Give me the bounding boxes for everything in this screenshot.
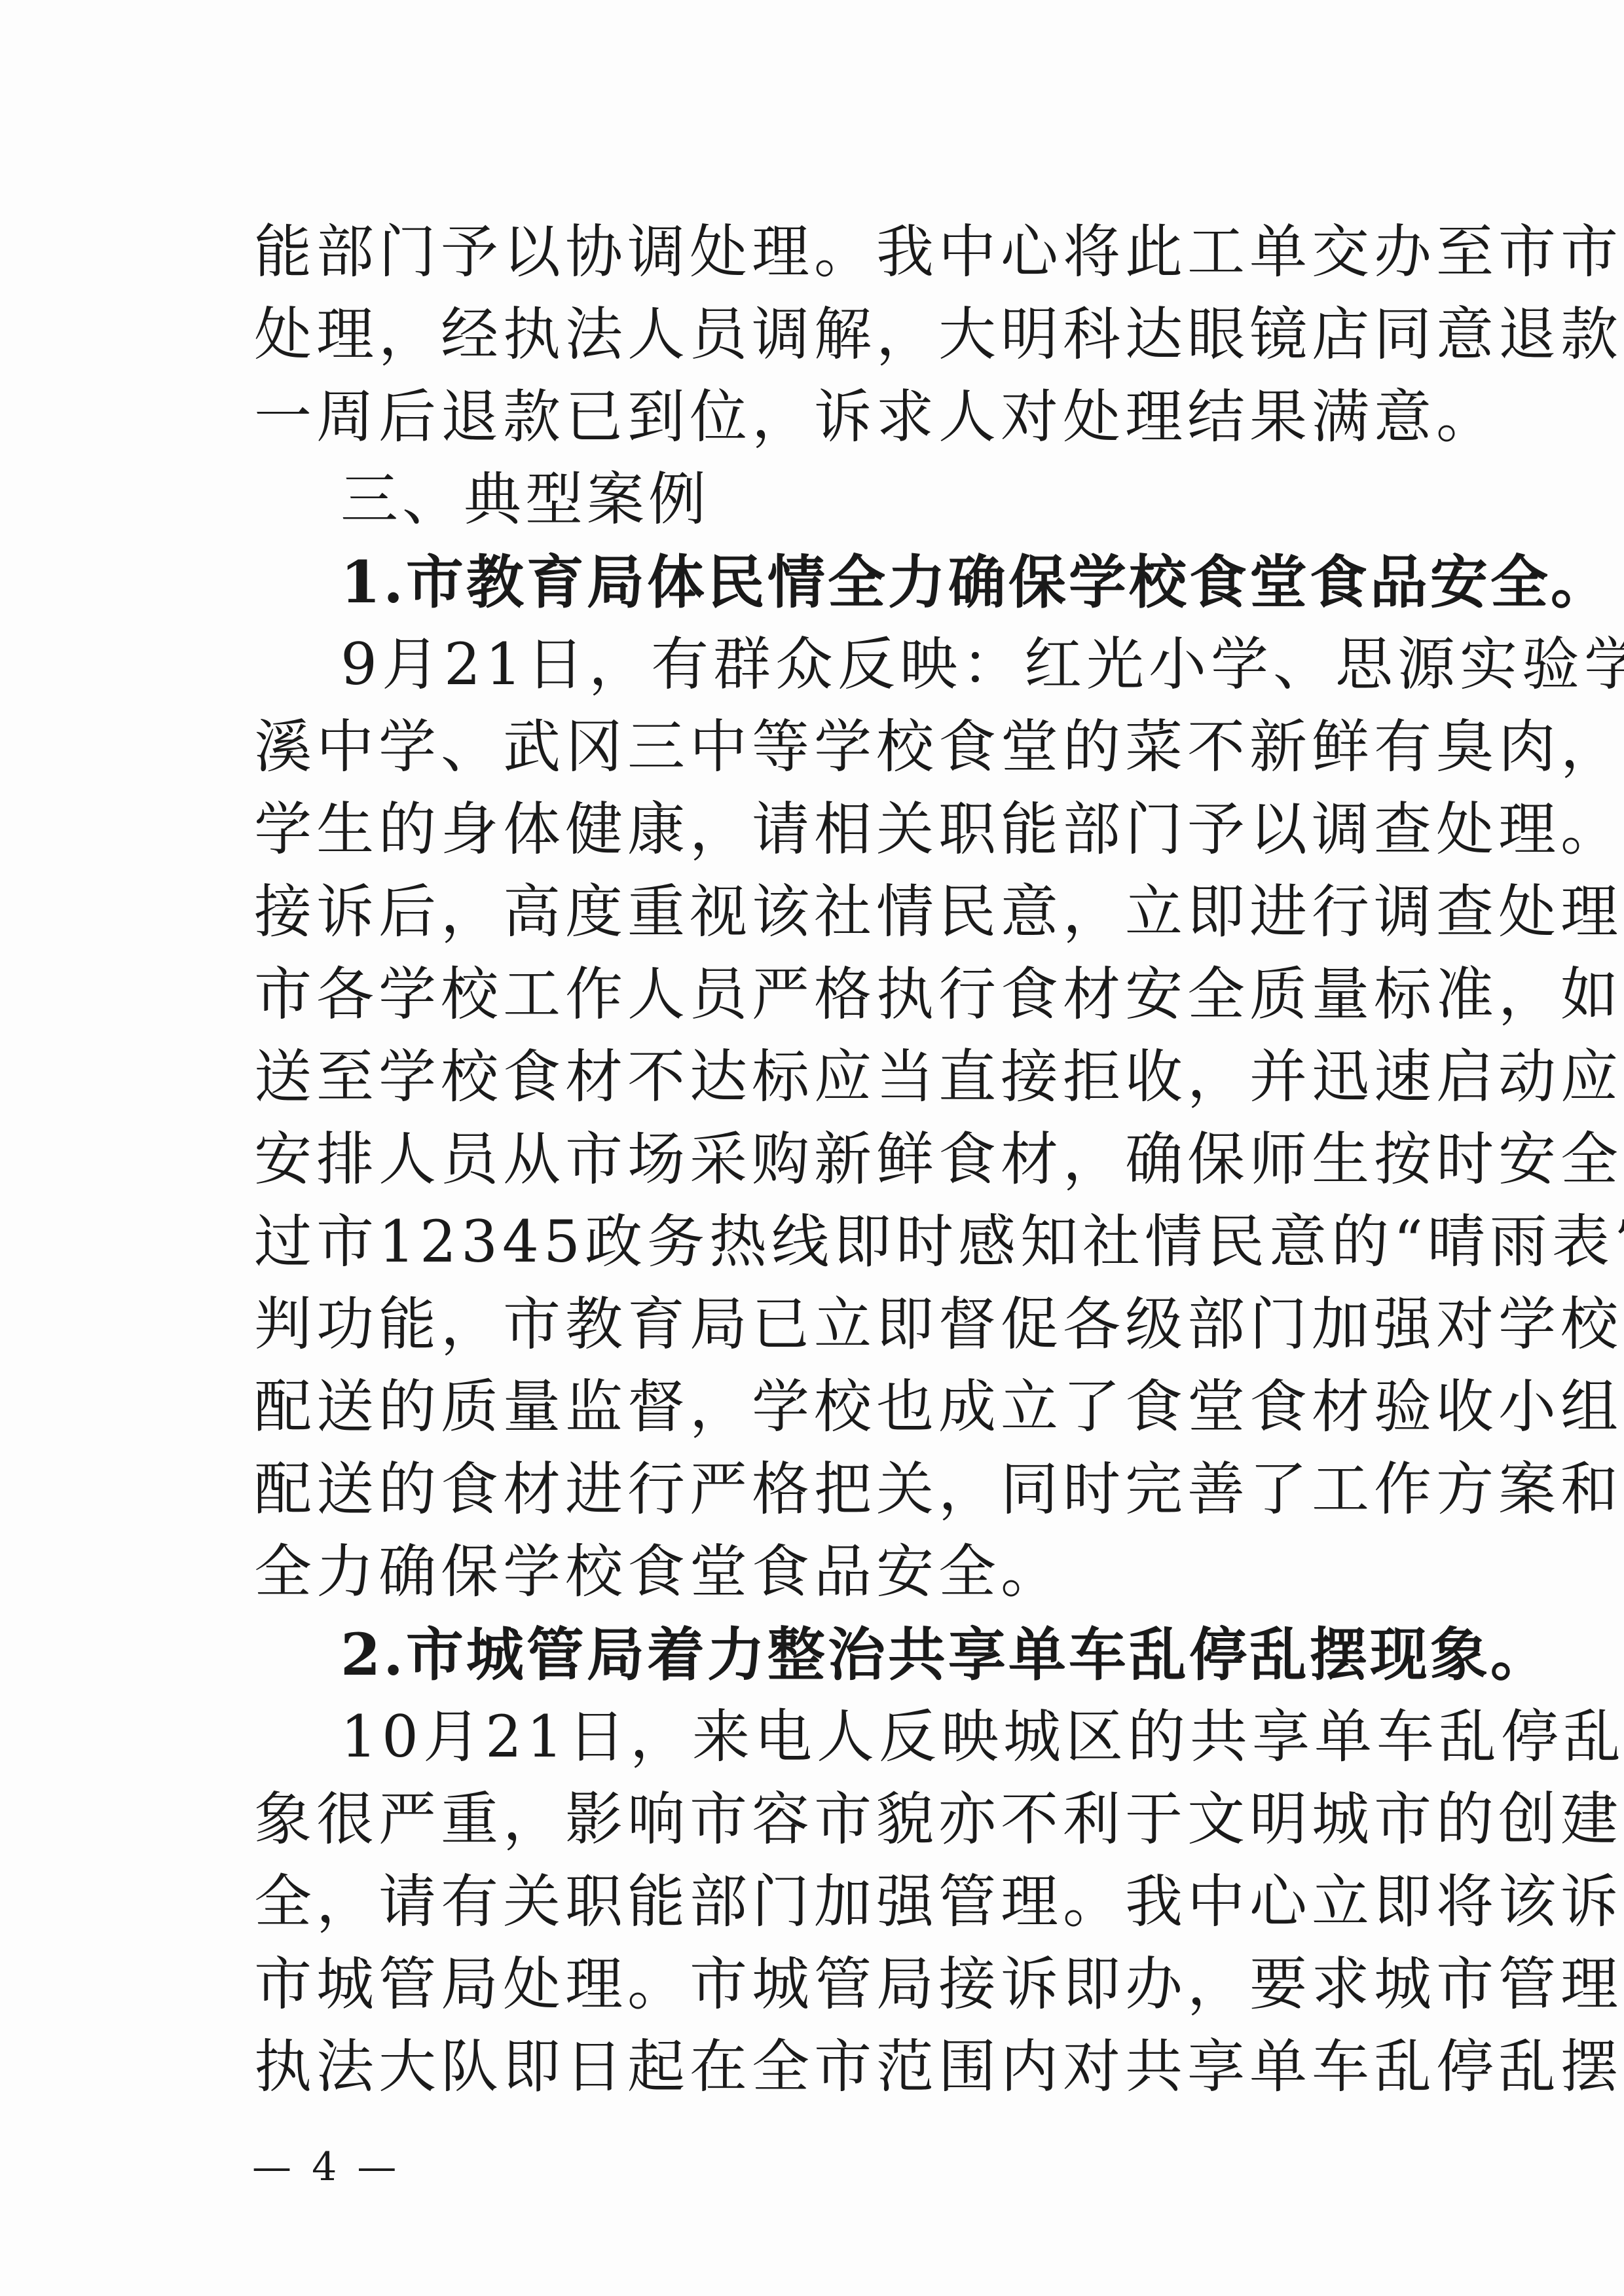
case-2-line: 市城管局处理。市城管局接诉即办，要求城市管理综合行政 xyxy=(254,1943,1393,2026)
section-heading: 三、典型案例 xyxy=(341,458,1393,541)
case-1-line: 学生的身体健康，请相关职能部门予以调查处理。市教育局 xyxy=(254,788,1393,871)
case-1-line: 安排人员从市场采购新鲜食材，确保师生按时安全开餐。通 xyxy=(254,1118,1393,1201)
case-1-line: 送至学校食材不达标应当直接拒收，并迅速启动应急预案， xyxy=(254,1036,1393,1118)
case-2-line: 全，请有关职能部门加强管理。我中心立即将该诉求工单转 xyxy=(254,1861,1393,1943)
case-1-line: 市各学校工作人员严格执行食材安全质量标准，如果发现配 xyxy=(254,953,1393,1036)
page-number: — 4 — xyxy=(252,2141,400,2193)
paragraph-line: 处理，经执法人员调解，大明科达眼镜店同意退款600元， xyxy=(254,293,1393,376)
case-1-line: 溪中学、武冈三中等学校食堂的菜不新鲜有臭肉，严重影响 xyxy=(254,706,1393,788)
case-2-line: 象很严重，影响市容市貌亦不利于文明城市的创建及交通安 xyxy=(254,1778,1393,1861)
document-page: 能部门予以协调处理。我中心将此工单交办至市市监局进行 处理，经执法人员调解，大明… xyxy=(0,0,1624,2296)
case-2-line: 执法大队即日起在全市范围内对共享单车乱停乱摆的现象 xyxy=(254,2026,1393,2108)
case-1-line: 接诉后，高度重视该社情民意，立即进行调查处理。要求全 xyxy=(254,871,1393,953)
paragraph-line: 一周后退款已到位，诉求人对处理结果满意。 xyxy=(254,376,1393,458)
case-1-line: 判功能，市教育局已立即督促各级部门加强对学校食堂食材 xyxy=(254,1283,1393,1366)
paragraph-line: 能部门予以协调处理。我中心将此工单交办至市市监局进行 xyxy=(254,211,1393,293)
case-1-line: 过市12345政务热线即时感知社情民意的“晴雨表”分析研 xyxy=(254,1201,1393,1283)
case-1-title: 1.市教育局体民情全力确保学校食堂食品安全。 xyxy=(341,541,1393,623)
case-1-line: 配送的食材进行严格把关，同时完善了工作方案和应急预案， xyxy=(254,1448,1393,1531)
case-2-title: 2.市城管局着力整治共享单车乱停乱摆现象。 xyxy=(341,1613,1393,1696)
case-1-line: 9月21日，有群众反映：红光小学、思源实验学校、龙 xyxy=(341,623,1393,706)
case-1-line: 全力确保学校食堂食品安全。 xyxy=(254,1531,1393,1613)
case-2-line: 10月21日，来电人反映城区的共享单车乱停乱摆的现 xyxy=(341,1696,1393,1778)
case-1-line: 配送的质量监督，学校也成立了食堂食材验收小组，对每天 xyxy=(254,1366,1393,1448)
